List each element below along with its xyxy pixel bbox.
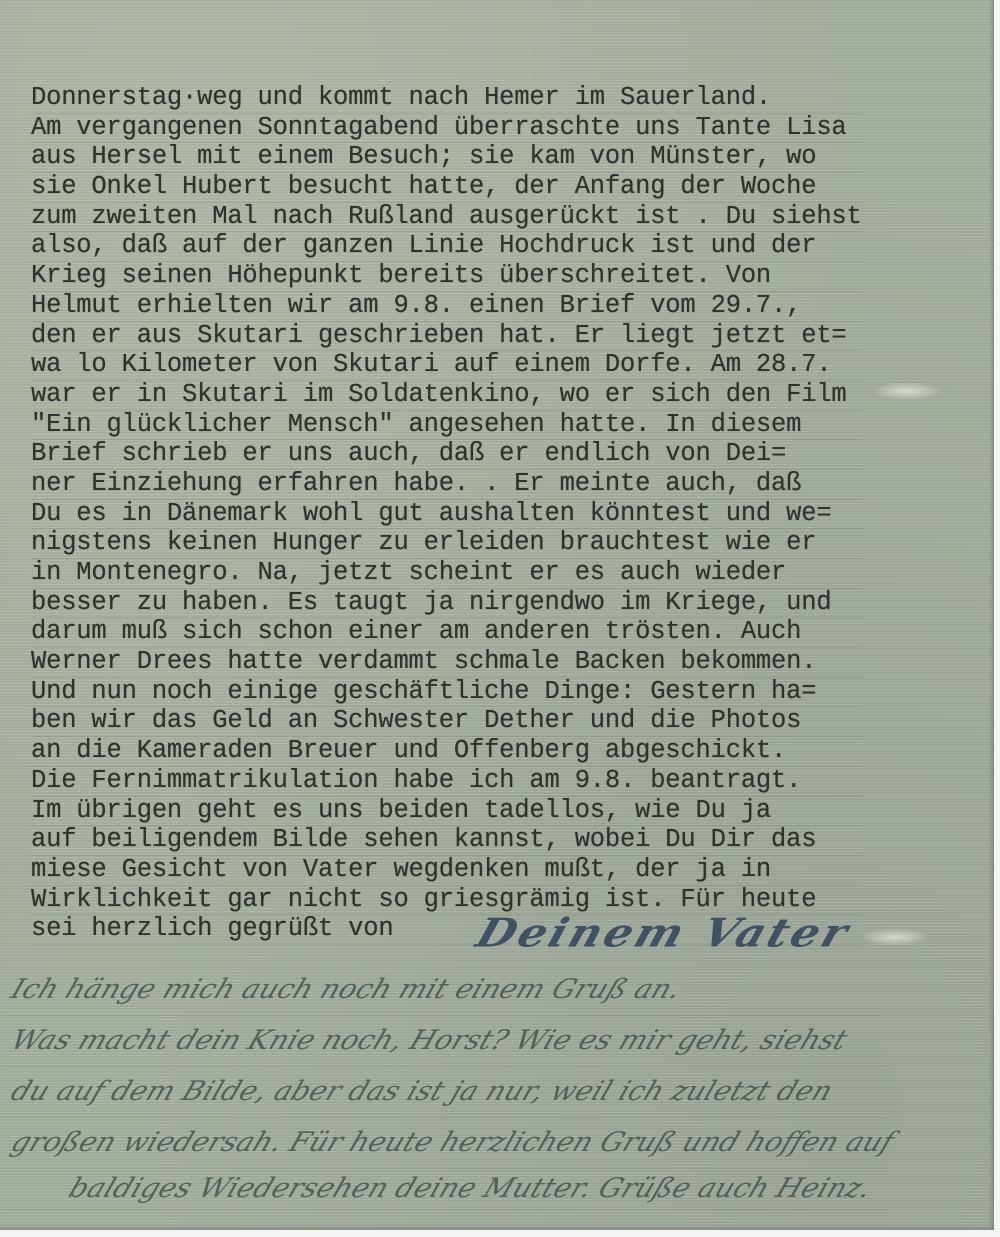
typed-line: Im übrigen geht es uns beiden tadellos, … [31, 797, 862, 827]
typed-line: Am vergangenen Sonntagabend überraschte … [31, 114, 862, 144]
handwritten-line: du auf dem Bilde, aber das ist ja nur, w… [3, 1067, 902, 1118]
typewritten-text: Donnerstag·weg und kommt nach Hemer im S… [31, 84, 862, 945]
typed-line: miese Gesicht von Vater wegdenken mußt, … [31, 856, 862, 886]
handwritten-line: Was macht dein Knie noch, Horst? Wie es … [3, 1016, 902, 1067]
typed-line: darum muß sich schon einer am anderen tr… [31, 618, 862, 648]
typed-line: sie Onkel Hubert besucht hatte, der Anfa… [31, 173, 862, 203]
typed-line: zum zweiten Mal nach Rußland ausgerückt … [31, 203, 862, 233]
typed-line: also, daß auf der ganzen Linie Hochdruck… [31, 232, 862, 262]
typed-line: den er aus Skutari geschrieben hat. Er l… [31, 322, 862, 352]
typed-line: ben wir das Geld an Schwester Dether und… [31, 707, 862, 737]
letter-page: Donnerstag·weg und kommt nach Hemer im S… [0, 0, 994, 1230]
typed-line: an die Kameraden Breuer und Offenberg ab… [31, 737, 862, 767]
typed-line: Und nun noch einige geschäftliche Dinge:… [31, 678, 862, 708]
typed-line: in Montenegro. Na, jetzt scheint er es a… [31, 559, 862, 589]
handwritten-postscript: Ich hänge mich auch noch mit einem Gruß … [12, 965, 850, 1210]
typed-line: Werner Drees hatte verdammt schmale Back… [31, 648, 862, 678]
typed-line: Die Fernimmatrikulation habe ich am 9.8.… [31, 767, 862, 797]
typed-line: "Ein glücklicher Mensch" angesehen hatte… [31, 411, 862, 441]
typed-line: wa lo Kilometer von Skutari auf einem Do… [31, 351, 862, 381]
handwritten-line: Ich hänge mich auch noch mit einem Gruß … [3, 965, 902, 1016]
typed-line: Brief schrieb er uns auch, daß er endlic… [31, 440, 862, 470]
typed-line: aus Hersel mit einem Besuch; sie kam von… [31, 143, 862, 173]
typed-line: Krieg seinen Höhepunkt bereits überschre… [31, 262, 862, 292]
typed-line: Helmut erhielten wir am 9.8. einen Brief… [31, 292, 862, 322]
signature: Deinem Vater [471, 911, 857, 957]
paper-damage-mark [860, 928, 930, 946]
paper-damage-mark [872, 382, 942, 400]
typed-line: besser zu haben. Es taugt ja nirgendwo i… [31, 589, 862, 619]
typed-line: Du es in Dänemark wohl gut aushalten kön… [31, 500, 862, 530]
typed-line: auf beiligendem Bilde sehen kannst, wobe… [31, 826, 862, 856]
handwritten-line: großen wiedersah. Für heute herzlichen G… [3, 1118, 902, 1169]
handwritten-line: baldiges Wiedersehen deine Mutter. Grüße… [5, 1169, 900, 1210]
typed-line: war er in Skutari im Soldatenkino, wo er… [31, 381, 862, 411]
typed-line: ner Einziehung erfahren habe. . Er meint… [31, 470, 862, 500]
typed-line: nigstens keinen Hunger zu erleiden brauc… [31, 529, 862, 559]
typed-line: Donnerstag·weg und kommt nach Hemer im S… [31, 84, 862, 114]
